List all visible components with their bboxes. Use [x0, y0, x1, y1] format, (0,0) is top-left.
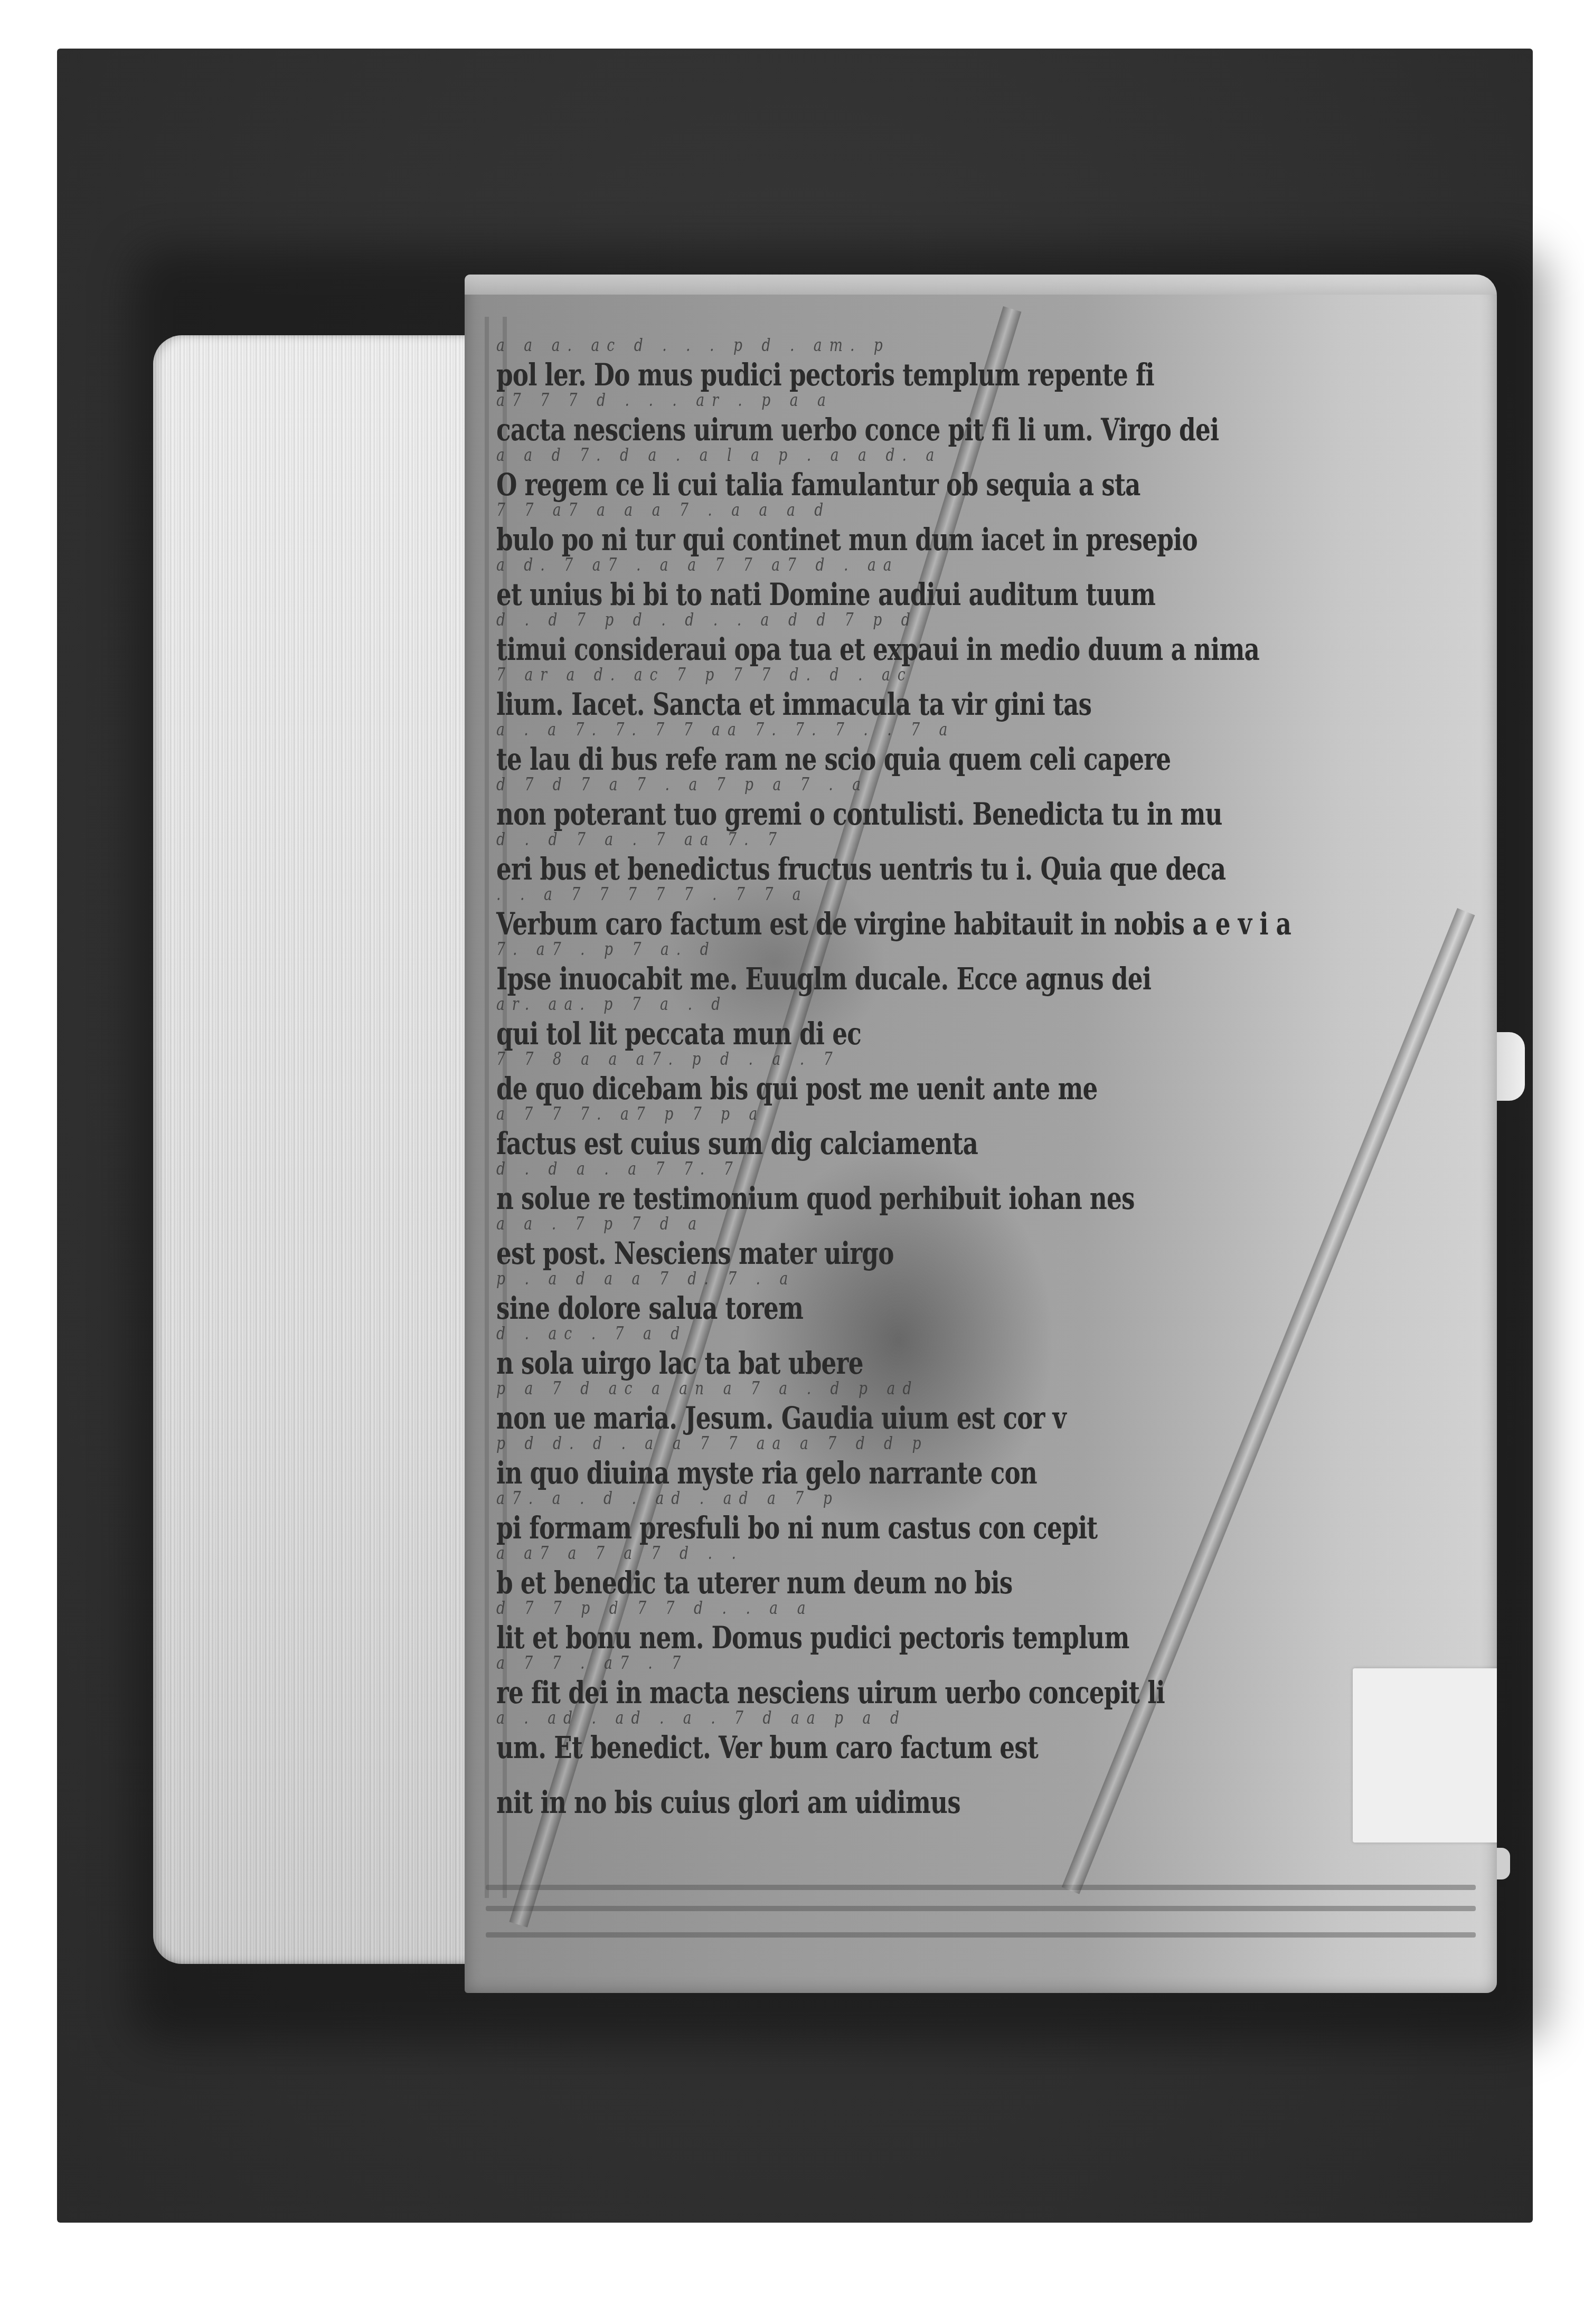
line-text: um. Et benedict. Ver bum caro factum est [496, 1730, 1038, 1765]
line-text: lit et bonu nem. Domus pudici pectoris t… [496, 1620, 1129, 1656]
text-line: p d d. d . a a 7 7 aa a 7 d d pin quo di… [496, 1436, 1246, 1491]
text-line: a a a. ac d . . . p d . am. ppol ler. Do… [496, 338, 1246, 393]
text-line: a a d 7. d a . a l a p . a a d. aO regem… [496, 448, 1246, 503]
neumes: d 7 7 p d 7 7 d . . a a [496, 1598, 813, 1619]
text-line: 7 7 a7 a a a 7 . a a a dbulo po ni tur q… [496, 503, 1246, 558]
line-text: non poterant tuo gremi o contulisti. Ben… [496, 796, 1222, 832]
manuscript-text-block: a a a. ac d . . . p d . am. ppol ler. Do… [496, 338, 1457, 1820]
neumes: d . d 7 a . 7 aa 7. 7 [496, 829, 784, 850]
line-text: et unius bi bi to nati Domine audiui aud… [496, 577, 1155, 612]
text-line: a7 7 7 d . . . ar . p a acacta nesciens … [496, 393, 1246, 448]
line-text: b et benedic ta uterer num deum no bis [496, 1565, 1013, 1601]
neumes: a 7 7 . a7 . 7 [496, 1652, 688, 1674]
text-line: 7 ar a d. ac 7 p 7 7 d. d . aclium. Iace… [496, 667, 1246, 722]
line-text: cacta nesciens uirum uerbo conce pit fi … [496, 412, 1219, 448]
line-text: n sola uirgo lac ta bat ubere [496, 1345, 863, 1381]
neumes: 7 7 a7 a a a 7 . a a a d [496, 499, 831, 521]
line-text: bulo po ni tur qui continet mun dum iace… [496, 522, 1198, 558]
text-line: d . d 7 p d . d . . a d d 7 p dtimui con… [496, 612, 1246, 667]
neumes: a . a 7. 7. 7 7 aa 7. 7. 7 . . 7 a [496, 719, 955, 740]
line-text: nit in no bis cuius glori am uidimus [496, 1784, 960, 1820]
cover-border-rule-bottom-2 [486, 1906, 1476, 1911]
text-line: d 7 d 7 a 7 . a 7 p a 7 . anon poterant … [496, 777, 1246, 832]
text-line: d 7 7 p d 7 7 d . . a alit et bonu nem. … [496, 1601, 1246, 1656]
text-line: p . a d a a 7 d. 7 . asine dolore salua … [496, 1271, 1246, 1326]
text-line: a7. a . d . ad . ad a 7 ppi formam presf… [496, 1491, 1246, 1546]
line-text: n solue re testimonium quod perhibuit io… [496, 1180, 1135, 1216]
neumes: . . a 7 7 7 7 7 . 7 7 a [496, 884, 808, 905]
line-text: re fit dei in macta nesciens uirum uerbo… [496, 1675, 1165, 1711]
cover-top-edge [465, 275, 1497, 295]
neumes: a d. 7 a7 . a a 7 7 a7 d . aa [496, 554, 899, 575]
neumes: 7 7 8 a a a7. p d . a . 7 [496, 1048, 840, 1070]
neumes: a 7 7 7. a7 p 7 p a [496, 1103, 765, 1125]
line-text: non ue maria. Jesum. Gaudia uium est cor… [496, 1400, 1066, 1436]
neumes: a7 7 7 d . . . ar . p a a [496, 390, 833, 411]
line-text: lium. Iacet. Sancta et immacula ta vir g… [496, 686, 1091, 722]
text-line: d . d 7 a . 7 aa 7. 7eri bus et benedict… [496, 832, 1246, 887]
text-line: p a 7 d ac a an a 7 a . d p adnon ue mar… [496, 1381, 1246, 1436]
text-line: ar. aa. p 7 a . dqui tol lit peccata mun… [496, 997, 1246, 1052]
text-line: nit in no bis cuius glori am uidimus [496, 1765, 1246, 1820]
manuscript-cover: a a a. ac d . . . p d . am. ppol ler. Do… [465, 275, 1497, 1993]
neumes: d . d 7 p d . d . . a d d 7 p d [496, 609, 918, 630]
line-text: timui consideraui opa tua et expaui in m… [496, 631, 1259, 667]
text-line: a d. 7 a7 . a a 7 7 a7 d . aaet unius bi… [496, 558, 1246, 612]
neumes: a a . 7 p 7 d a [496, 1213, 704, 1234]
text-line: d . d a . a 7 7. 7n solue re testimonium… [496, 1161, 1246, 1216]
text-line: 7 7 8 a a a7. p d . a . 7de quo dicebam … [496, 1052, 1246, 1107]
neumes: a a7 a 7 a 7 d . . [496, 1543, 743, 1564]
neumes: a a a. ac d . . . p d . am. p [496, 335, 890, 356]
line-text: te lau di bus refe ram ne scio quia quem… [496, 741, 1171, 777]
line-text: pi formam presfuli bo ni num castus con … [496, 1510, 1097, 1546]
blank-shelf-label [1353, 1668, 1497, 1843]
line-text: Ipse inuocabit me. Euuglm ducale. Ecce a… [496, 961, 1151, 997]
cover-border-rule-bottom-3 [486, 1932, 1476, 1938]
line-text: eri bus et benedictus fructus uentris tu… [496, 851, 1225, 887]
neumes: 7. a7 . p 7 a. d [496, 939, 716, 960]
neumes: p d d. d . a a 7 7 aa a 7 d d p [496, 1433, 929, 1454]
text-line: a . ad . ad . a . 7 d aa p a dum. Et ben… [496, 1711, 1246, 1765]
neumes: p a 7 d ac a an a 7 a . d p ad [496, 1378, 919, 1399]
neumes: d 7 d 7 a 7 . a 7 p a 7 . a [496, 774, 868, 795]
line-text: qui tol lit peccata mun di ec [496, 1016, 861, 1052]
neumes: a a d 7. d a . a l a p . a a d. a [496, 445, 941, 466]
neumes: a . ad . ad . a . 7 d aa p a d [496, 1707, 907, 1728]
cover-border-rule-left [485, 317, 489, 1898]
line-text: est post. Nesciens mater uirgo [496, 1235, 894, 1271]
clasp-remnant [1493, 1032, 1525, 1101]
line-text: O regem ce li cui talia famulantur ob se… [496, 467, 1140, 503]
neumes: a7. a . d . ad . ad a 7 p [496, 1488, 840, 1509]
line-text: in quo diuina myste ria gelo narrante co… [496, 1455, 1037, 1491]
line-text: factus est cuius sum dig calciamenta [496, 1126, 978, 1161]
line-text: sine dolore salua torem [496, 1290, 803, 1326]
text-line: a . a 7. 7. 7 7 aa 7. 7. 7 . . 7 ate lau… [496, 722, 1246, 777]
cover-border-rule-bottom-1 [486, 1885, 1476, 1890]
text-line: a a7 a 7 a 7 d . .b et benedic ta uterer… [496, 1546, 1246, 1601]
text-line: . . a 7 7 7 7 7 . 7 7 aVerbum caro factu… [496, 887, 1246, 942]
line-text: pol ler. Do mus pudici pectoris templum … [496, 357, 1154, 393]
line-text: de quo dicebam bis qui post me uenit ant… [496, 1071, 1098, 1107]
neumes: d . d a . a 7 7. 7 [496, 1158, 740, 1179]
neumes: p . a d a a 7 d. 7 . a [496, 1268, 795, 1289]
text-line: a 7 7 7. a7 p 7 p afactus est cuius sum … [496, 1107, 1246, 1161]
text-line: d . ac . 7 a dn sola uirgo lac ta bat ub… [496, 1326, 1246, 1381]
text-line: a 7 7 . a7 . 7re fit dei in macta nescie… [496, 1656, 1246, 1711]
book-fore-edge [153, 335, 475, 1964]
text-line: 7. a7 . p 7 a. dIpse inuocabit me. Euugl… [496, 942, 1246, 997]
neumes: d . ac . 7 a d [496, 1323, 687, 1344]
neumes: ar. aa. p 7 a . d [496, 994, 728, 1015]
line-text: Verbum caro factum est de virgine habita… [496, 906, 1291, 942]
neumes: 7 ar a d. ac 7 p 7 7 d. d . ac [496, 664, 913, 685]
text-line: a a . 7 p 7 d aest post. Nesciens mater … [496, 1216, 1246, 1271]
